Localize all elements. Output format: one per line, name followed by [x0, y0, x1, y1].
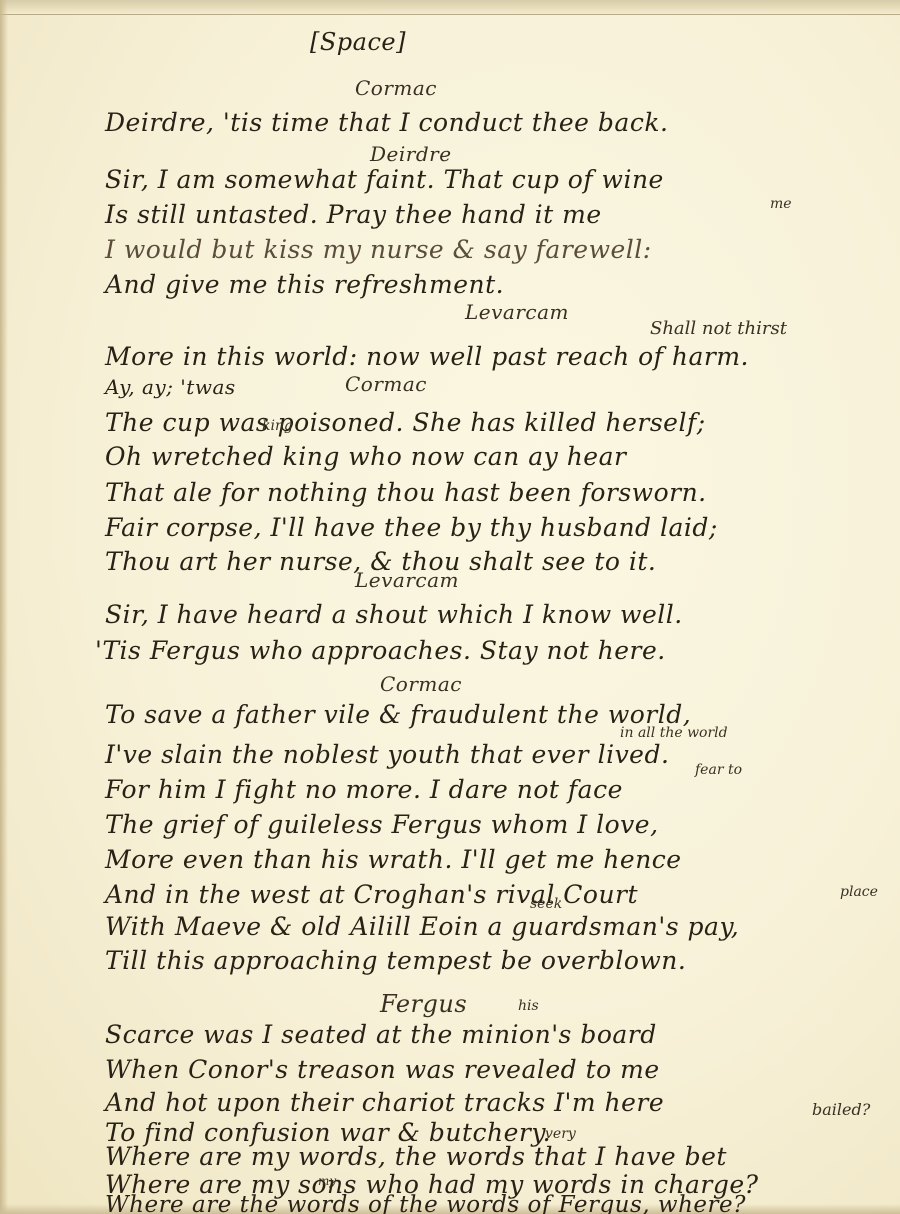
verse-line: Oh wretched king who now can ay hear: [105, 442, 626, 471]
speaker-name: Cormac: [380, 672, 462, 696]
verse-line: Deirdre, 'tis time that I conduct thee b…: [105, 108, 668, 137]
verse-line: Sir, I am somewhat faint. That cup of wi…: [105, 165, 664, 194]
verse-line: Sir, I have heard a shout which I know w…: [105, 600, 683, 629]
verse-line: Fair corpse, I'll have thee by thy husba…: [105, 513, 718, 542]
verse-line: When Conor's treason was revealed to me: [105, 1055, 660, 1084]
stage-direction: [Space]: [310, 28, 406, 56]
verse-line: And give me this refreshment.: [105, 270, 504, 299]
verse-line: I would but kiss my nurse & say farewell…: [105, 235, 652, 264]
speaker-name: Cormac: [345, 372, 427, 396]
manuscript-page: [Space] Cormac Deirdre, 'tis time that I…: [0, 0, 900, 1214]
verse-line: 'Tis Fergus who approaches. Stay not her…: [95, 636, 666, 665]
verse-line: More in this world: now well past reach …: [105, 342, 749, 371]
insertion-note: bailed?: [812, 1100, 870, 1119]
insertion-note: in all the world: [620, 725, 728, 741]
verse-line: That ale for nothing thou hast been fors…: [105, 478, 707, 507]
insertion-note: fear to: [695, 762, 742, 778]
speaker-name: Levarcam: [465, 300, 569, 324]
insertion-note: seek: [530, 896, 562, 912]
verse-line: The cup was poisoned. She has killed her…: [105, 408, 706, 437]
insertion-note: me: [770, 196, 792, 212]
verse-line: Scarce was I seated at the minion's boar…: [105, 1020, 657, 1049]
insertion-note: place: [840, 884, 878, 900]
speaker-name: Deirdre: [370, 142, 452, 166]
verse-line: More even than his wrath. I'll get me he…: [105, 845, 682, 874]
verse-line: For him I fight no more. I dare not face: [105, 775, 623, 804]
verse-line: Till this approaching tempest be overblo…: [105, 946, 686, 975]
insertion-note: his: [518, 998, 539, 1014]
verse-line: Where are my words, the words that I hav…: [105, 1142, 727, 1171]
insertion-note: my: [318, 1174, 336, 1188]
verse-line: Is still untasted. Pray thee hand it me: [105, 200, 602, 229]
insertion-note: king: [262, 418, 293, 434]
verse-line: With Maeve & old Ailill Eoin a guardsman…: [105, 912, 739, 941]
verse-line: I've slain the noblest youth that ever l…: [105, 740, 669, 769]
insertion-note: very: [545, 1126, 576, 1142]
verse-line: Ay, ay; 'twas: [105, 375, 236, 399]
speaker-name: Levarcam: [355, 568, 459, 592]
verse-line: Where are the words of the words of Ferg…: [105, 1192, 746, 1214]
verse-line: To save a father vile & fraudulent the w…: [105, 700, 691, 729]
page-left-edge: [0, 0, 8, 1214]
verse-line: The grief of guileless Fergus whom I lov…: [105, 810, 659, 839]
verse-line: And hot upon their chariot tracks I'm he…: [105, 1088, 664, 1117]
speaker-name: Cormac: [355, 76, 437, 100]
insertion-note: Shall not thirst: [650, 318, 787, 339]
speaker-name: Fergus: [380, 990, 467, 1018]
page-top-edge: [0, 0, 900, 15]
